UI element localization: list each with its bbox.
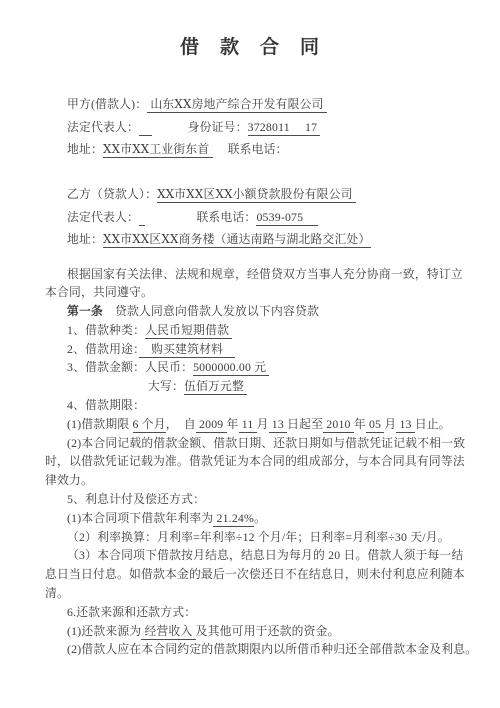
underlined-field: 山东ⅩⅩ房地产综合开发有限公司 bbox=[147, 97, 326, 113]
text-segment bbox=[152, 120, 188, 134]
text-segment: 月 bbox=[257, 417, 269, 431]
text-segment: 乙方（贷款人）： bbox=[67, 187, 157, 201]
text-segment: 日起至 bbox=[287, 417, 323, 431]
party-b-representative-line: 法定代表人： 联系电话：0539-075 bbox=[45, 206, 457, 229]
blank-line bbox=[45, 161, 457, 184]
text-segment: 联系电话： bbox=[196, 210, 256, 224]
text-segment: 2、借款用途： bbox=[67, 342, 139, 356]
underlined-field bbox=[139, 120, 152, 136]
clause-1-heading: 第一条 贷款人同意向借款人发放以下内容贷款 bbox=[45, 302, 457, 321]
text-segment: 根据国家有关法律、法规和规章，经借贷双方当事人充分协商一致，特订立 bbox=[67, 267, 463, 281]
section-gap bbox=[45, 251, 457, 265]
rate-conversion-line: （2）利率换算：月利率=年利率÷12 个月/年；日利率=月利率÷30 天/月。 bbox=[45, 528, 457, 547]
item-interest: 5、利息计付及偿还方式： bbox=[45, 490, 457, 509]
text-segment: 6.还款来源和还款方式： bbox=[67, 605, 196, 619]
text-segment: 律效力。 bbox=[45, 473, 93, 487]
text-segment: （3）本合同项下借款按月结息，结息日为每月的 20 日。借款人须于每一结 bbox=[67, 548, 464, 562]
text-segment: 贷款人同意向借款人发放以下内容贷款 bbox=[103, 304, 319, 318]
text-segment: 地址： bbox=[67, 142, 103, 156]
underlined-field: 伍佰万元整 bbox=[184, 379, 247, 395]
loan-voucher-note-line-1: (2)本合同记载的借款金额、借款日期、还款日期如与借款凭证记载不相一致 bbox=[45, 434, 457, 453]
text-segment: 联系电话： bbox=[228, 142, 288, 156]
text-segment: (2)借款人应在本合同约定的借款期限内以所借币种归还全部借款本金及利息。 bbox=[67, 642, 477, 656]
underlined-field: 3728011 17 bbox=[248, 120, 321, 136]
underlined-field: 5000000.00 元 bbox=[193, 360, 269, 376]
document-body: 甲方(借款人)： 山东ⅩⅩ房地产综合开发有限公司 法定代表人： 身份证号：372… bbox=[0, 93, 500, 659]
underlined-field: 2010 bbox=[323, 417, 354, 433]
party-a-line: 甲方(借款人)： 山东ⅩⅩ房地产综合开发有限公司 bbox=[45, 93, 457, 116]
underlined-field: 13 bbox=[269, 417, 288, 433]
text-segment: 月 bbox=[384, 417, 396, 431]
interest-settlement-line-1: （3）本合同项下借款按月结息，结息日为每月的 20 日。借款人须于每一结 bbox=[45, 546, 457, 565]
interest-settlement-line-3: 清。 bbox=[45, 584, 457, 603]
loan-voucher-note-line-2: 时，以借款凭证记载为准。借款凭证为本合同的组成部分，与本合同具有同等法 bbox=[45, 452, 457, 471]
item-loan-type: 1、借款种类：人民币短期借款 bbox=[45, 321, 457, 340]
text-segment bbox=[213, 142, 228, 156]
text-segment: (2)本合同记载的借款金额、借款日期、还款日期如与借款凭证记载不相一致 bbox=[67, 436, 465, 450]
underlined-field: 11 bbox=[239, 417, 257, 433]
party-a-address-line: 地址：ⅩⅩ市ⅩⅩ工业街东首 联系电话： bbox=[45, 138, 457, 161]
text-segment: 身份证号： bbox=[188, 120, 248, 134]
underlined-field: 13 bbox=[396, 417, 415, 433]
party-b-address-line: 地址：ⅩⅩ市ⅩⅩ区ⅩⅩ商务楼（通达南路与湖北路交汇处） bbox=[45, 228, 457, 251]
item-loan-amount: 3、借款金额：人民币：5000000.00 元 bbox=[45, 358, 457, 377]
interest-rate-line: (1)本合同项下借款年利率为 21.24%。 bbox=[45, 509, 457, 528]
text-segment: (1)借款期限 bbox=[67, 417, 133, 431]
contract-page: 借 款 合 同 甲方(借款人)： 山东ⅩⅩ房地产综合开发有限公司 法定代表人： … bbox=[0, 0, 500, 708]
amount-in-words-line: 大写：伍佰万元整 bbox=[45, 377, 457, 396]
text-segment: 清。 bbox=[45, 586, 69, 600]
underlined-field: 购买建筑材料 bbox=[139, 342, 235, 358]
underlined-field: ⅩⅩ市ⅩⅩ工业街东首 bbox=[103, 142, 213, 158]
text-segment: 大写： bbox=[148, 379, 184, 393]
item-loan-purpose: 2、借款用途： 购买建筑材料 bbox=[45, 340, 457, 359]
underlined-field: ⅩⅩ市ⅩⅩ区ⅩⅩ小额贷款股份有限公司 bbox=[157, 187, 356, 203]
underlined-field: 05 bbox=[366, 417, 385, 433]
text-segment: 5、利息计付及偿还方式： bbox=[67, 492, 205, 506]
underlined-field: 人民币短期借款 bbox=[145, 323, 232, 339]
underlined-field: 0539-075 bbox=[256, 210, 318, 226]
underlined-field: 6 个月 bbox=[133, 417, 166, 433]
underlined-field: 2009 bbox=[196, 417, 227, 433]
party-a-representative-line: 法定代表人： 身份证号：3728011 17 bbox=[45, 116, 457, 139]
text-segment: 第一条 bbox=[67, 304, 103, 318]
underlined-field: 经营收入 bbox=[141, 624, 195, 640]
text-segment: (1)还款来源为 bbox=[67, 624, 141, 638]
text-segment: 3、借款金额：人民币： bbox=[67, 360, 193, 374]
loan-term-detail-line: (1)借款期限 6 个月， 自 2009 年 11 月 13 日起至 2010 … bbox=[45, 415, 457, 434]
text-segment: 。 bbox=[254, 511, 266, 525]
text-segment: 息日当日付息。如借款本金的最后一次偿还日不在结息日，则未付利息应利随本 bbox=[45, 567, 465, 581]
preamble-line-2: 本合同，共同遵守。 bbox=[45, 283, 457, 302]
document-title: 借 款 合 同 bbox=[0, 0, 500, 60]
repayment-source-line: (1)还款来源为 经营收入 及其他可用于还款的资金。 bbox=[45, 622, 457, 641]
text-segment: 及其他可用于还款的资金。 bbox=[196, 624, 340, 638]
preamble-line-1: 根据国家有关法律、法规和规章，经借贷双方当事人充分协商一致，特订立 bbox=[45, 265, 457, 284]
text-segment: （2）利率换算：月利率=年利率÷12 个月/年；日利率=月利率÷30 天/月。 bbox=[67, 530, 450, 544]
text-segment: 日止。 bbox=[415, 417, 451, 431]
text-segment: 4、借款期限： bbox=[67, 398, 145, 412]
underlined-field: ⅩⅩ市ⅩⅩ区ⅩⅩ商务楼（通达南路与湖北路交汇处） bbox=[103, 232, 371, 248]
text-segment: 甲方(借款人)： bbox=[67, 97, 147, 111]
text-segment: 本合同，共同遵守。 bbox=[45, 285, 153, 299]
text-segment: 1、借款种类： bbox=[67, 323, 145, 337]
interest-settlement-line-2: 息日当日付息。如借款本金的最后一次偿还日不在结息日，则未付利息应利随本 bbox=[45, 565, 457, 584]
item-repayment: 6.还款来源和还款方式： bbox=[45, 603, 457, 622]
text-segment bbox=[145, 210, 196, 224]
repayment-obligation-line: (2)借款人应在本合同约定的借款期限内以所借币种归还全部借款本金及利息。 bbox=[45, 640, 457, 659]
text-segment: (1)本合同项下借款年利率为 bbox=[67, 511, 213, 525]
text-segment: 时，以借款凭证记载为准。借款凭证为本合同的组成部分，与本合同具有同等法 bbox=[45, 454, 465, 468]
text-segment: 地址： bbox=[67, 232, 103, 246]
loan-voucher-note-line-3: 律效力。 bbox=[45, 471, 457, 490]
party-b-line: 乙方（贷款人）：ⅩⅩ市ⅩⅩ区ⅩⅩ小额贷款股份有限公司 bbox=[45, 183, 457, 206]
text-segment: 年 bbox=[354, 417, 366, 431]
text-segment: 法定代表人： bbox=[67, 120, 139, 134]
underlined-field: 21.24% bbox=[213, 511, 254, 527]
item-loan-term: 4、借款期限： bbox=[45, 396, 457, 415]
text-segment: ， 自 bbox=[166, 417, 196, 431]
text-segment: 年 bbox=[227, 417, 239, 431]
text-segment: 法定代表人： bbox=[67, 210, 139, 224]
